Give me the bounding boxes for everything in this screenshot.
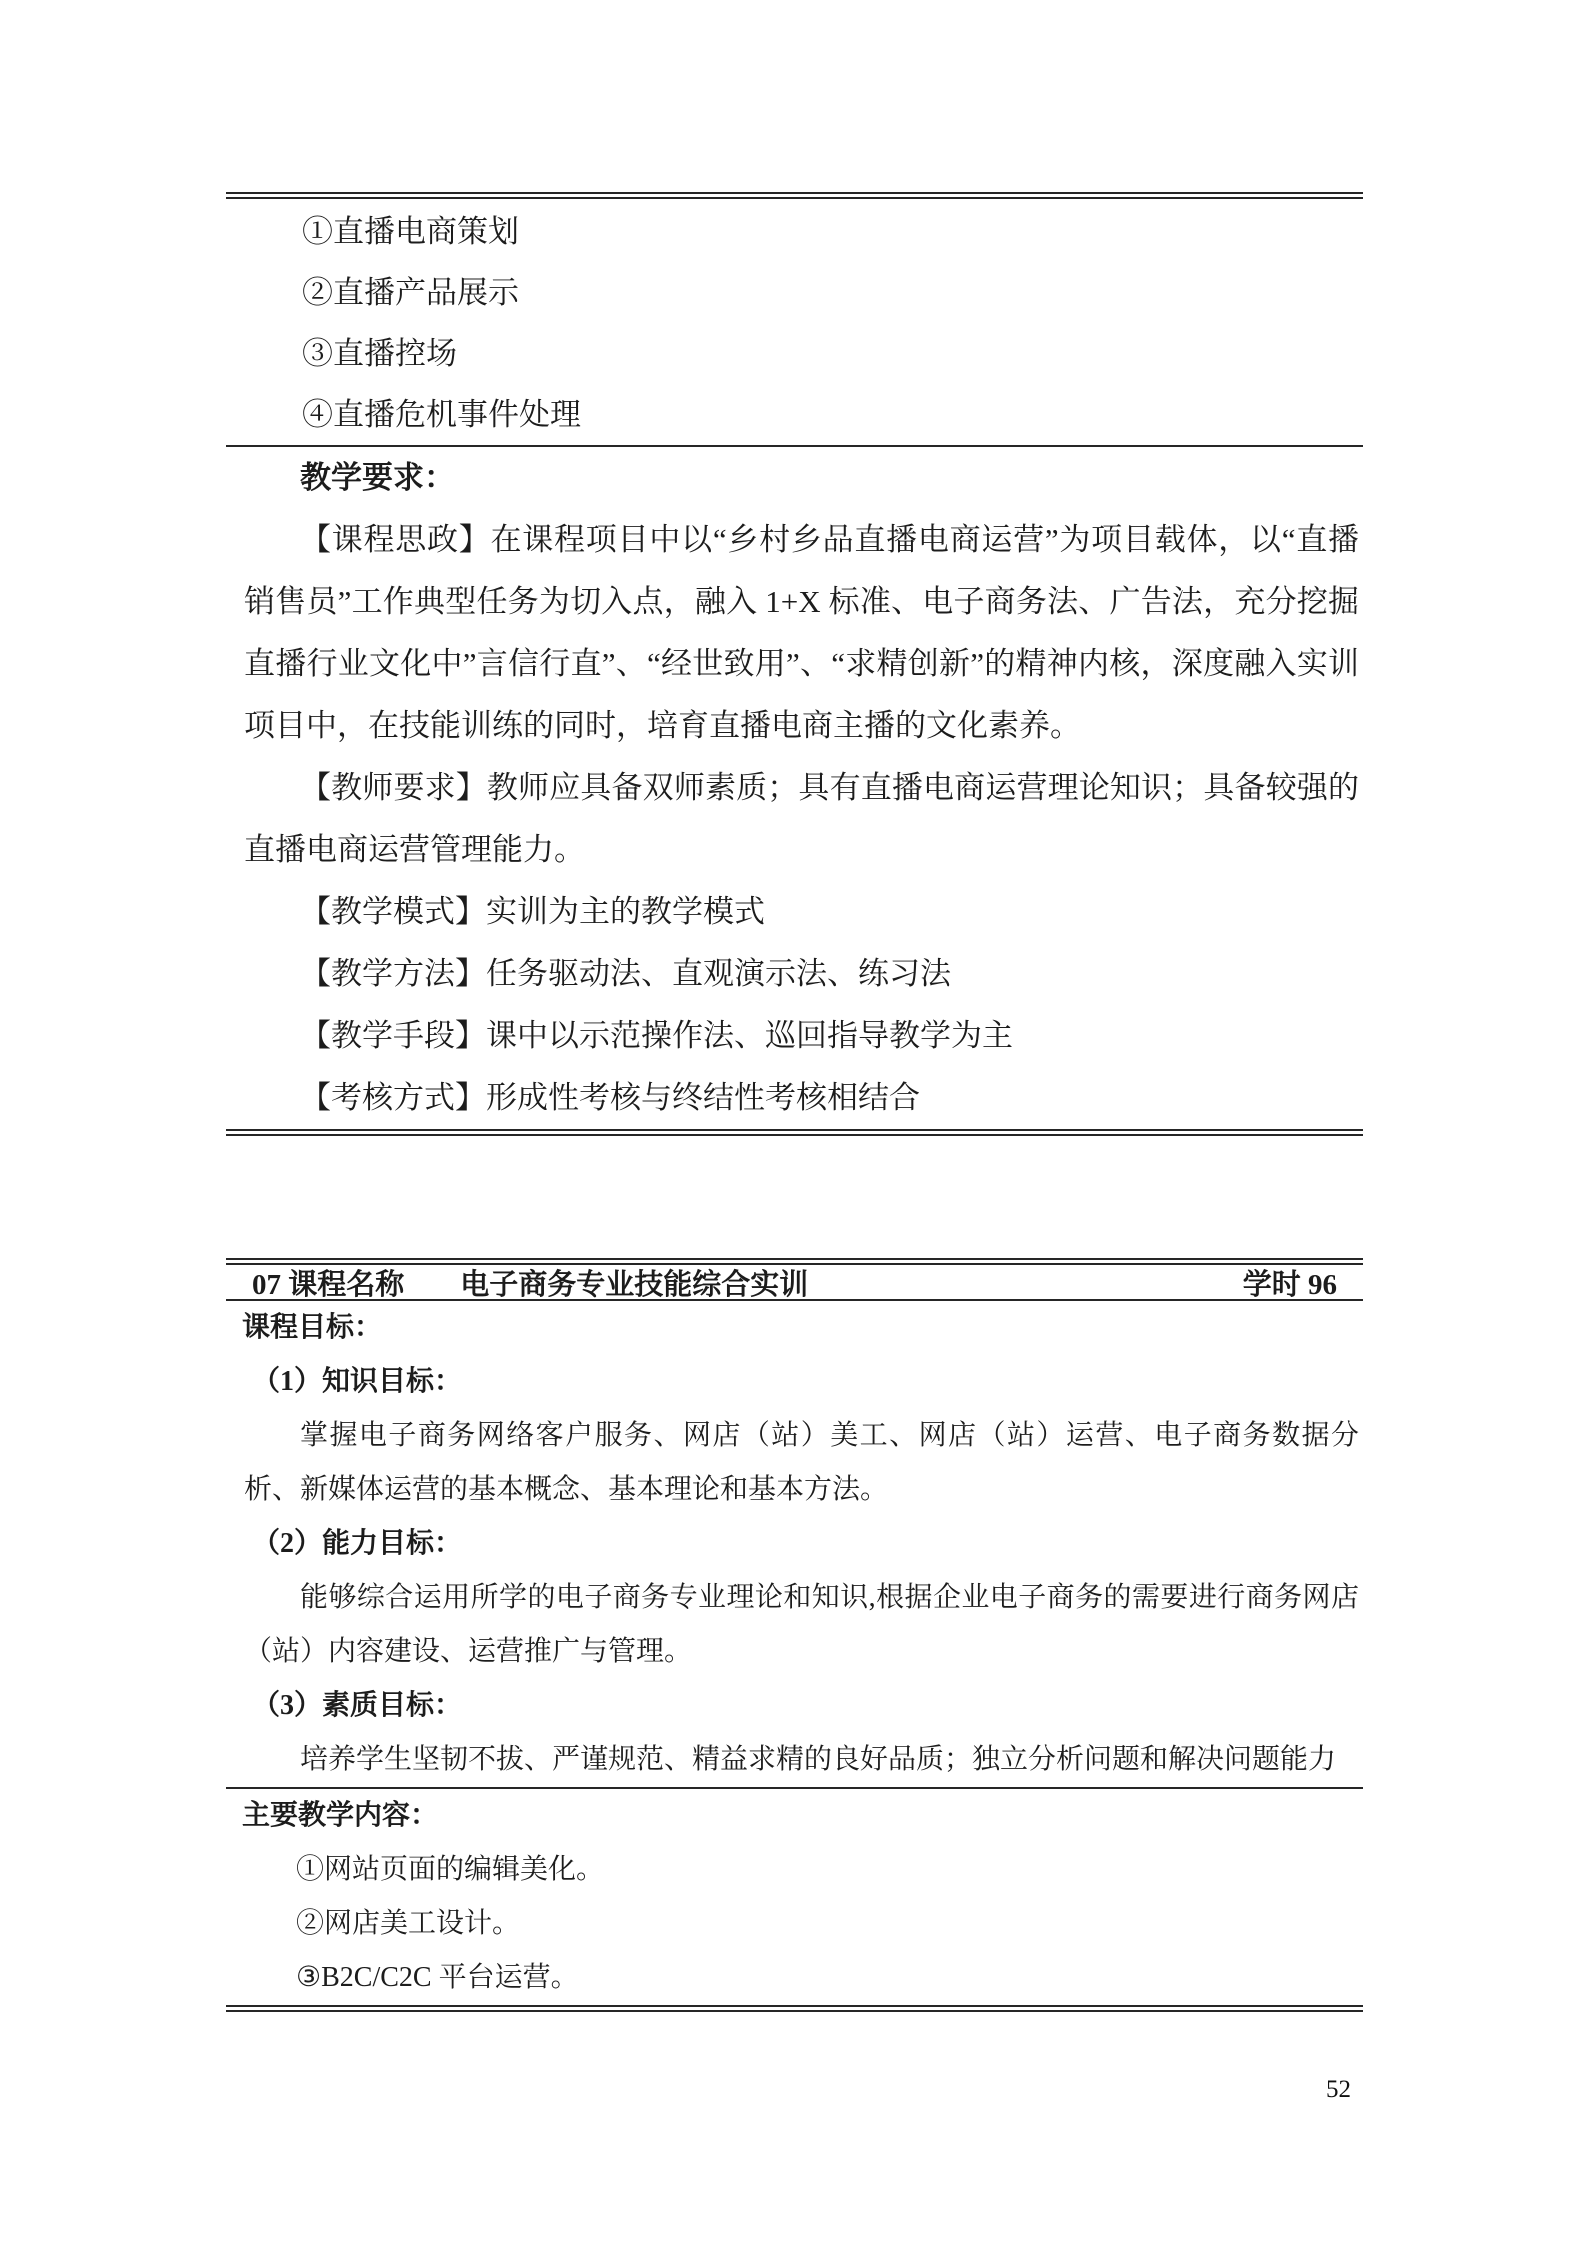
paragraph-assessment-method: 【考核方式】形成性考核与终结性考核相结合 (226, 1067, 1363, 1129)
ability-objective-text: 能够综合运用所学的电子商务专业理论和知识,根据企业电子商务的需要进行商务网店（站… (226, 1571, 1363, 1679)
quality-objective-text: 培养学生坚韧不拔、严谨规范、精益求精的良好品质；独立分析问题和解决问题能力 (226, 1733, 1363, 1787)
page-number: 52 (1326, 2076, 1351, 2104)
list-item-1: ①直播电商策划 (226, 201, 1363, 262)
course-name: 电子商务专业技能综合实训 (460, 1262, 808, 1303)
list-item-4: ④直播危机事件处理 (226, 384, 1363, 445)
paragraph-teacher-requirements: 【教师要求】教师应具备双师素质；具有直播电商运营理论知识；具备较强的直播电商运营… (226, 757, 1363, 881)
course-objectives-heading: 课程目标： (226, 1301, 1363, 1355)
course-07-table: 07 课程名称 电子商务专业技能综合实训 学时 96 课程目标： （1）知识目标… (226, 1258, 1363, 2012)
teaching-requirements-heading: 教学要求： (226, 447, 1363, 509)
content-item-2: ②网店美工设计。 (226, 1897, 1363, 1951)
paragraph-teaching-mode: 【教学模式】实训为主的教学模式 (226, 881, 1363, 943)
main-teaching-content-heading: 主要教学内容： (226, 1789, 1363, 1843)
table-bottom-border (226, 1129, 1363, 1136)
course-06-table-bottom: ①直播电商策划 ②直播产品展示 ③直播控场 ④直播危机事件处理 教学要求： 【课… (226, 192, 1363, 1136)
paragraph-teaching-means: 【教学手段】课中以示范操作法、巡回指导教学为主 (226, 1005, 1363, 1067)
table-top-border (226, 192, 1363, 199)
content-item-1: ①网站页面的编辑美化。 (226, 1843, 1363, 1897)
course-hours: 学时 96 (1243, 1262, 1337, 1303)
list-item-2: ②直播产品展示 (226, 262, 1363, 323)
main-content-list: ①直播电商策划 ②直播产品展示 ③直播控场 ④直播危机事件处理 (226, 199, 1363, 445)
paragraph-teaching-method: 【教学方法】任务驱动法、直观演示法、练习法 (226, 943, 1363, 1005)
ability-objective-heading: （2）能力目标： (226, 1517, 1363, 1571)
document-page: ①直播电商策划 ②直播产品展示 ③直播控场 ④直播危机事件处理 教学要求： 【课… (0, 0, 1587, 2245)
paragraph-course-ideology: 【课程思政】在课程项目中以“乡村乡品直播电商运营”为项目载体，以“直播销售员”工… (226, 509, 1363, 757)
content-item-3: ③B2C/C2C 平台运营。 (226, 1951, 1363, 2005)
knowledge-objective-text: 掌握电子商务网络客户服务、网店（站）美工、网店（站）运营、电子商务数据分析、新媒… (226, 1409, 1363, 1517)
course-number-label: 07 课程名称 (252, 1262, 404, 1303)
table-bottom-border (226, 2005, 1363, 2012)
knowledge-objective-heading: （1）知识目标： (226, 1355, 1363, 1409)
list-item-3: ③直播控场 (226, 323, 1363, 384)
course-header-row: 07 课程名称 电子商务专业技能综合实训 学时 96 (226, 1265, 1363, 1299)
quality-objective-heading: （3）素质目标： (226, 1679, 1363, 1733)
